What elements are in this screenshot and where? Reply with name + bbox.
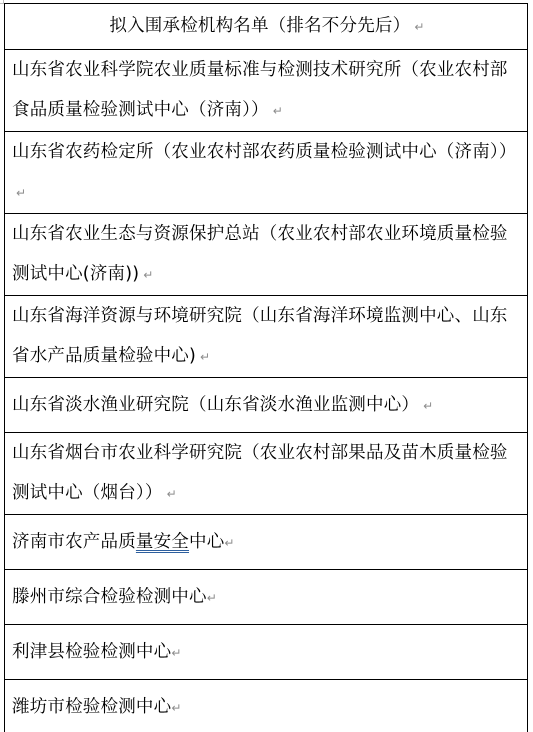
table-row: 山东省农药检定所（农业农村部农药质量检验测试中心（济南））↵	[5, 132, 528, 214]
institution-cell[interactable]: 山东省淡水渔业研究院（山东省淡水渔业监测中心）↵	[5, 378, 528, 433]
paragraph-mark-icon: ↵	[224, 536, 234, 550]
paragraph-mark-icon: ↵	[167, 487, 177, 501]
institution-name-part: 济南市农产品质	[12, 532, 136, 552]
paragraph-mark-icon: ↵	[171, 646, 181, 660]
table-row: 潍坊市检验检测中心↵	[5, 680, 528, 732]
institution-name: 山东省农药检定所（农业农村部农药质量检验测试中心（济南））	[12, 142, 517, 162]
table-row: 山东省淡水渔业研究院（山东省淡水渔业监测中心）↵	[5, 378, 528, 433]
institution-cell[interactable]: 利津县检验检测中心↵	[5, 625, 528, 680]
paragraph-mark-icon: ↵	[16, 186, 26, 200]
institution-cell[interactable]: 潍坊市检验检测中心↵	[5, 680, 528, 732]
paragraph-mark-icon: ↵	[207, 591, 217, 605]
grammar-check-underline[interactable]: 量安全	[136, 532, 189, 552]
institution-cell[interactable]: 济南市农产品质量安全中心↵	[5, 515, 528, 570]
institution-cell[interactable]: 山东省海洋资源与环境研究院（山东省海洋环境监测中心、山东省水产品质量检验中心)↵	[5, 296, 528, 378]
institution-name: 山东省烟台市农业科学研究院（农业农村部果品及苗木质量检验测试中心（烟台））	[12, 443, 508, 503]
institution-name: 山东省农业生态与资源保护总站（农业农村部农业环境质量检验测试中心(济南))	[12, 224, 508, 284]
institution-name: 山东省淡水渔业研究院（山东省淡水渔业监测中心）	[12, 395, 419, 415]
table-row: 山东省农业生态与资源保护总站（农业农村部农业环境质量检验测试中心(济南))↵	[5, 214, 528, 296]
table-row: 济南市农产品质量安全中心↵	[5, 515, 528, 570]
institution-cell[interactable]: 滕州市综合检验检测中心↵	[5, 570, 528, 625]
institution-name-part: 中心	[189, 532, 224, 552]
table-row: 滕州市综合检验检测中心↵	[5, 570, 528, 625]
paragraph-mark-icon: ↵	[143, 268, 153, 282]
paragraph-mark-icon: ↵	[423, 399, 433, 413]
paragraph-mark-icon: ↵	[171, 701, 181, 715]
institution-cell[interactable]: 山东省农业生态与资源保护总站（农业农村部农业环境质量检验测试中心(济南))↵	[5, 214, 528, 296]
table-row: 利津县检验检测中心↵	[5, 625, 528, 680]
institution-name: 潍坊市检验检测中心	[12, 697, 171, 717]
institution-name: 滕州市综合检验检测中心	[12, 587, 207, 607]
institution-name: 山东省海洋资源与环境研究院（山东省海洋环境监测中心、山东省水产品质量检验中心)	[12, 306, 508, 366]
table-header-text: 拟入围承检机构名单（排名不分先后）	[109, 16, 410, 36]
table-row: 山东省烟台市农业科学研究院（农业农村部果品及苗木质量检验测试中心（烟台））↵	[5, 433, 528, 515]
table-row: 山东省海洋资源与环境研究院（山东省海洋环境监测中心、山东省水产品质量检验中心)↵	[5, 296, 528, 378]
table-header-row: 拟入围承检机构名单（排名不分先后）↵	[5, 4, 528, 50]
institution-name: 利津县检验检测中心	[12, 642, 171, 662]
paragraph-mark-icon: ↵	[273, 104, 283, 118]
paragraph-mark-icon: ↵	[414, 20, 424, 34]
institution-cell[interactable]: 山东省农药检定所（农业农村部农药质量检验测试中心（济南））↵	[5, 132, 528, 214]
institution-name: 山东省农业科学院农业质量标准与检测技术研究所（农业农村部食品质量检验测试中心（济…	[12, 60, 508, 120]
table-header-cell[interactable]: 拟入围承检机构名单（排名不分先后）↵	[5, 4, 528, 50]
institution-cell[interactable]: 山东省农业科学院农业质量标准与检测技术研究所（农业农村部食品质量检验测试中心（济…	[5, 50, 528, 132]
institution-table: 拟入围承检机构名单（排名不分先后）↵ 山东省农业科学院农业质量标准与检测技术研究…	[4, 3, 528, 732]
institution-cell[interactable]: 山东省烟台市农业科学研究院（农业农村部果品及苗木质量检验测试中心（烟台））↵	[5, 433, 528, 515]
table-row: 山东省农业科学院农业质量标准与检测技术研究所（农业农村部食品质量检验测试中心（济…	[5, 50, 528, 132]
paragraph-mark-icon: ↵	[200, 350, 210, 364]
